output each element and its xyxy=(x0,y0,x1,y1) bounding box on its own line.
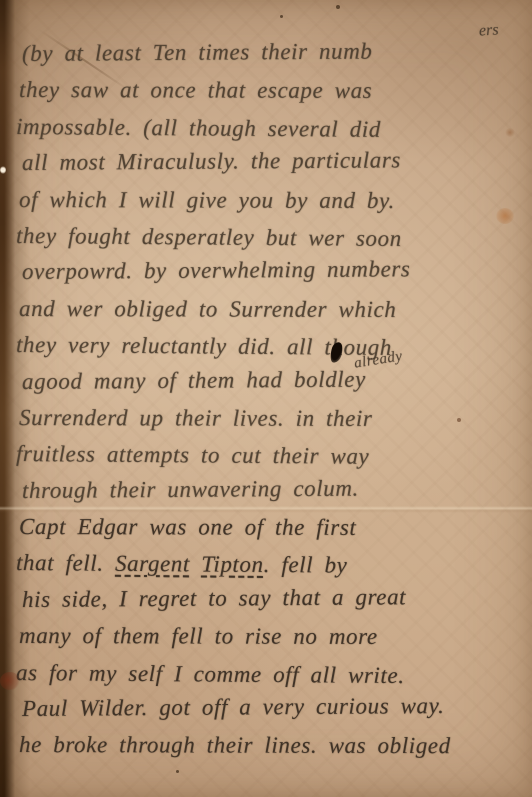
ink-speck xyxy=(176,770,179,773)
handwriting-line: agood many of them had boldley xyxy=(16,360,532,400)
handwriting-line: many of them fell to rise no more xyxy=(16,618,532,656)
handwriting-line: they saw at once that escape was xyxy=(16,72,532,110)
handwriting-line: he broke through their lines. was oblige… xyxy=(16,727,532,765)
handwritten-text: (by at least Ten times their numbthey sa… xyxy=(0,36,532,764)
handwriting-line: his side, I regret to say that a great xyxy=(16,578,532,618)
diary-page-scan: ers (by at least Ten times their numbthe… xyxy=(0,0,532,797)
handwriting-line: and wer obliged to Surrender which xyxy=(16,291,532,329)
handwriting-line: Paul Wilder. got off a very curious way. xyxy=(16,687,532,727)
handwriting-line: Capt Edgar was one of the first xyxy=(16,509,532,547)
paper-chip xyxy=(0,166,6,174)
handwriting-line: through their unwavering colum. xyxy=(16,469,532,509)
ink-speck xyxy=(280,15,283,18)
handwriting-line: Surrenderd up their lives. in their xyxy=(16,400,532,438)
handwriting-line: (by at least Ten times their numb xyxy=(16,32,532,72)
ink-speck xyxy=(336,5,340,9)
handwriting-line: overpowrd. by overwhelming numbers xyxy=(16,251,532,291)
handwriting-line: all most Miraculusly. the particulars xyxy=(16,142,532,182)
handwriting-line: of which I will give you by and by. xyxy=(16,182,532,220)
ink-speck xyxy=(457,418,461,422)
